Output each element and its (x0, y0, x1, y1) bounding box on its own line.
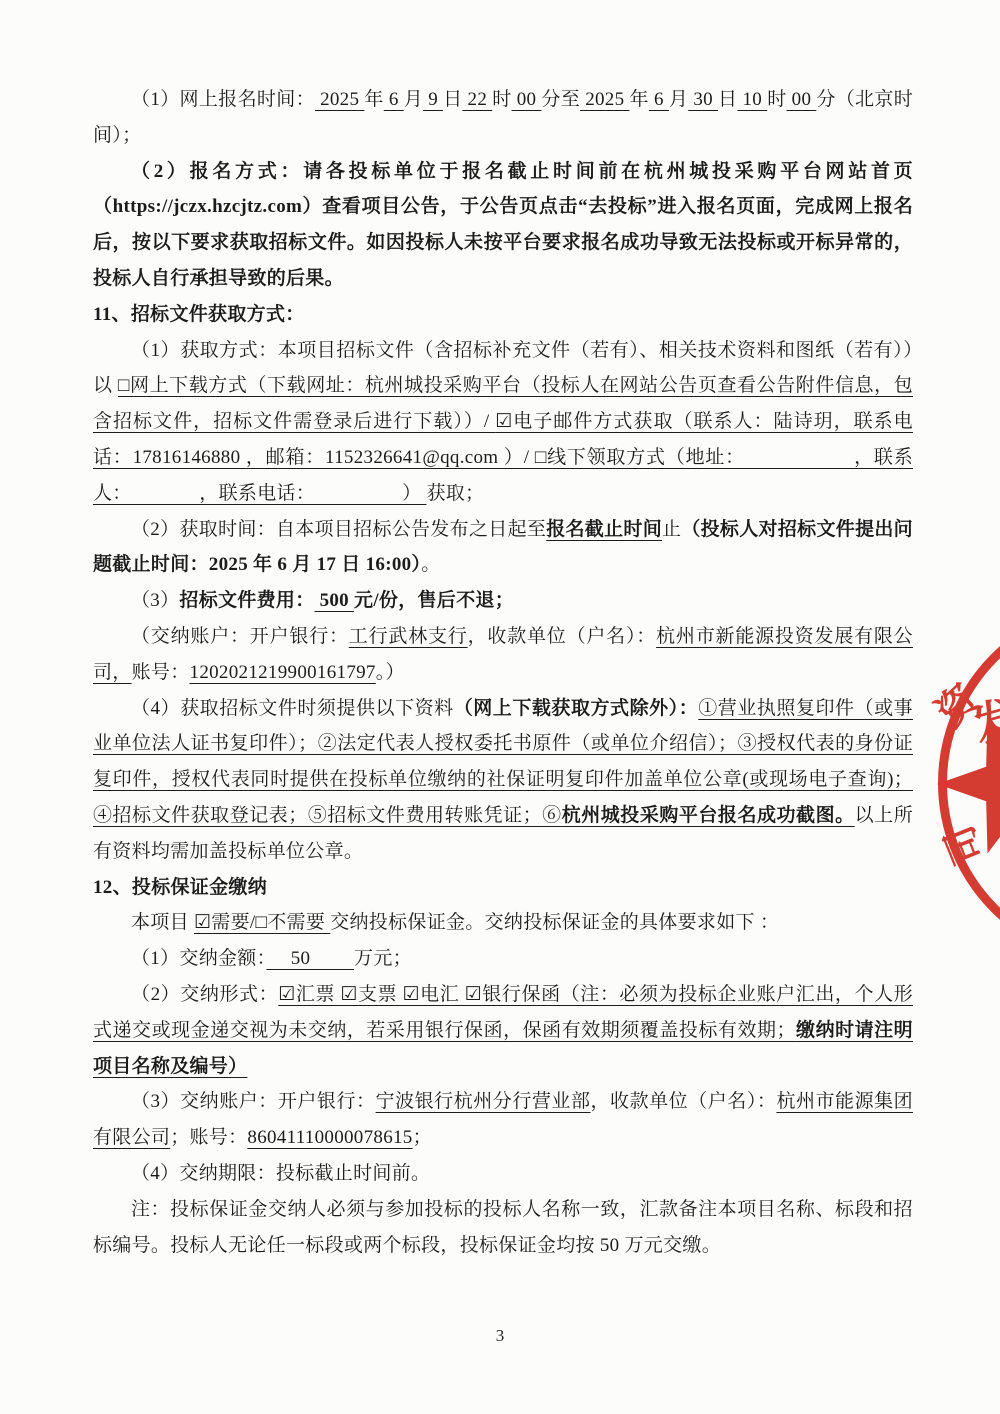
text-run: ；账号： (170, 1127, 247, 1148)
text-run: 止 (662, 519, 681, 540)
p-12-note: 注：投标保证金交纳人必须与参加投标的投标人名称一致，汇款备注本项目名称、标段和招… (93, 1192, 913, 1264)
red-star-icon (937, 711, 1000, 857)
text-run: （2）获取时间：自本项目招标公告发布之日起至 (131, 519, 546, 540)
text-run: 2025 (315, 89, 364, 110)
text-run: 10 (737, 89, 767, 110)
text-run: 00 (787, 89, 817, 110)
p-12-2-payment-form: （2）交纳形式：☑汇票 ☑支票 ☑电汇 ☑银行保函（注：必须为投标企业账户汇出，… (93, 977, 913, 1084)
text-run: 交纳投标保证金。交纳投标保证金的具体要求如下 ： (330, 912, 779, 933)
text-run: （4）获取招标文件时须提供以下资料 (131, 698, 454, 719)
p-11-3-payment-account: （交纳账户：开户银行：工行武林支行，收款单位（户名）：杭州市新能源投资发展有限公… (93, 619, 913, 691)
text-run: （2）交纳形式： (131, 984, 278, 1005)
text-run: （4）交纳期限：投标截止时间前。 (131, 1163, 430, 1184)
text-run: 。） (376, 662, 405, 683)
text-run: （3）交纳账户：开户银行： (131, 1091, 376, 1112)
text-run: ，收款单位（户名）： (468, 626, 657, 647)
text-run: 年 (630, 89, 649, 110)
text-run: 万元； (354, 948, 412, 969)
text-run: ，收款单位（户名）： (591, 1091, 777, 1112)
text-run: 86041110000078615 (247, 1127, 412, 1148)
text-run: 500 (315, 590, 355, 611)
seal-char: 资 (930, 678, 986, 734)
text-run: ☑需要/□不需要 (194, 912, 330, 933)
seal-char: 发 (969, 695, 1000, 749)
text-run: 元/份，售后不退； (354, 590, 514, 611)
text-run: 宁波银行杭州分行营业部 (376, 1091, 591, 1112)
text-run: 杭州城投采购平台报名成功截图。 (562, 805, 855, 826)
text-run: 30 (688, 89, 718, 110)
text-run: 工行武林支行 (349, 626, 468, 647)
h-section-12: 12、投标保证金缴纳 (93, 870, 913, 906)
text-run: 11、招标文件获取方式： (93, 304, 305, 325)
text-run: （1）网上报名时间： (131, 89, 315, 110)
text-run: 获取； (426, 483, 484, 504)
p-11-4-required-materials: （4）获取招标文件时须提供以下资料（网上下载获取方式除外）：①营业执照复印件（或… (93, 691, 913, 870)
text-run: 00 (512, 89, 542, 110)
seal-char: 司 (940, 820, 989, 869)
text-run: 9 (423, 89, 443, 110)
text-run: ； (413, 1127, 432, 1148)
text-run: 22 (462, 89, 492, 110)
p-11-3-document-fee: （3）招标文件费用： 500 元/份，售后不退； (93, 583, 913, 619)
text-run: 时 (767, 89, 786, 110)
text-run: 年 (364, 89, 383, 110)
text-run: 分至 (541, 89, 580, 110)
text-run: 报名截止时间 (546, 519, 662, 540)
text-run: 本项目 (131, 912, 194, 933)
p-11-2-obtain-time: （2）获取时间：自本项目招标公告发布之日起至报名截止时间止（投标人对招标文件提出… (93, 512, 913, 584)
text-run: 日 (718, 89, 737, 110)
text-run: 账号： (132, 662, 190, 683)
text-run: 6 (649, 89, 669, 110)
text-run: 日 (443, 89, 462, 110)
text-run: 。 (421, 554, 440, 575)
text-run: （网上下载获取方式除外）： (454, 698, 699, 719)
text-run: 12、投标保证金缴纳 (93, 877, 267, 898)
document-page: （1）网上报名时间： 2025 年 6 月 9 日 22 时 00 分至 202… (0, 0, 1000, 1414)
p-11-1-obtain-method: （1）获取方式：本项目招标文件（含招标补充文件（若有）、相关技术资料和图纸（若有… (93, 333, 913, 512)
text-run: （交纳账户：开户银行： (131, 626, 349, 647)
p-12-3-deposit-account: （3）交纳账户：开户银行：宁波银行杭州分行营业部，收款单位（户名）：杭州市能源集… (93, 1084, 913, 1156)
text-run: （2）报名方式：请各投标单位于报名截止时间前在杭州城投采购平台网站首页（http… (93, 161, 913, 289)
document-body: （1）网上报名时间： 2025 年 6 月 9 日 22 时 00 分至 202… (93, 82, 913, 1263)
text-run: （3） (131, 590, 179, 611)
page-number: 3 (0, 1326, 1000, 1346)
text-run: 月 (669, 89, 688, 110)
text-run: 时 (492, 89, 511, 110)
p-12-4-deadline: （4）交纳期限：投标截止时间前。 (93, 1156, 913, 1192)
p-signup-method: （2）报名方式：请各投标单位于报名截止时间前在杭州城投采购平台网站首页（http… (93, 154, 913, 297)
p-12-1-amount: （1）交纳金额： 50 万元； (93, 941, 913, 977)
h-section-11: 11、招标文件获取方式： (93, 297, 913, 333)
text-run: 50 (266, 948, 354, 969)
text-run: 1202021219900161797 (190, 662, 376, 683)
text-run: 6 (384, 89, 404, 110)
seal-ring (938, 601, 1000, 965)
text-run: 2025 (580, 89, 629, 110)
text-run: （1）交纳金额： (131, 948, 266, 969)
p-12-intro: 本项目 ☑需要/□不需要 交纳投标保证金。交纳投标保证金的具体要求如下 ： (93, 905, 913, 941)
text-run: 招标文件费用： (179, 590, 314, 611)
p-online-signup-time: （1）网上报名时间： 2025 年 6 月 9 日 22 时 00 分至 202… (93, 82, 913, 154)
text-run: 月 (404, 89, 423, 110)
text-run: 注：投标保证金交纳人必须与参加投标的投标人名称一致，汇款备注本项目名称、标段和招… (93, 1199, 913, 1256)
